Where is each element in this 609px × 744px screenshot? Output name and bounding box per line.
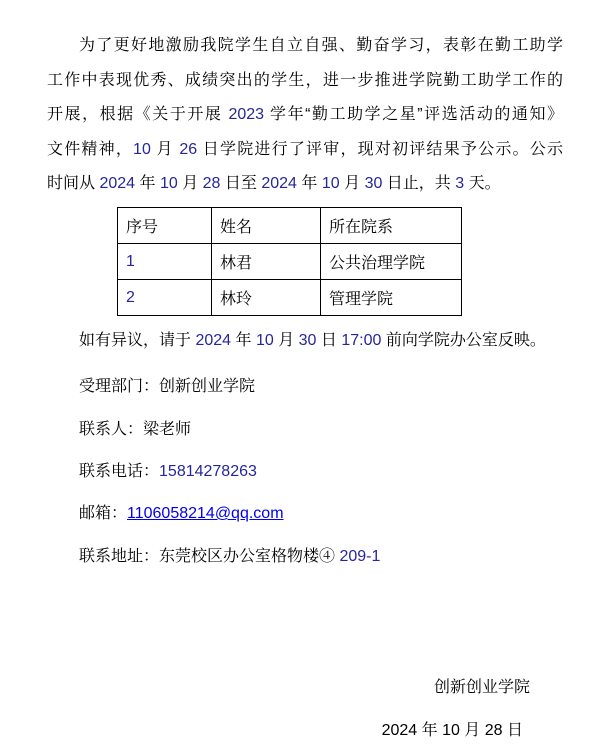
table-header-department: 所在院系 [321,208,462,244]
intro-paragraph: 为了更好地激励我院学生自立自强、勤奋学习，表彰在勤工助学 工作中表现优秀、成绩突… [47,29,563,202]
table-row: 1 林君 公共治理学院 [118,244,462,280]
intro-line: 工作中表现优秀、成绩突出的学生，进一步推进学院勤工助学工作的 [47,64,563,99]
table-cell-department: 管理学院 [321,280,462,316]
announcement-document: { "page": { "background": "#ffffff", "te… [0,0,609,744]
table-cell-department: 公共治理学院 [321,244,462,280]
table-cell-name: 林玲 [212,280,321,316]
table-header-index: 序号 [118,208,212,244]
intro-line: 为了更好地激励我院学生自立自强、勤奋学习，表彰在勤工助学 [47,29,563,64]
signature-department: 创新创业学院 [434,678,530,698]
contact-person-label: 联系人： [79,421,143,438]
table-cell-index: 2 [118,280,212,316]
table-header-name: 姓名 [212,208,321,244]
contact-address-label: 联系地址： [79,548,159,565]
contact-phone-label: 联系电话： [79,463,159,480]
contact-email-label: 邮箱： [79,505,127,522]
contact-line-email: 邮箱：1106058214@qq.com [79,504,284,524]
signature-date: 2024 年 10 月 28 日 [382,721,523,741]
contact-phone-value: 15814278263 [159,463,257,480]
contact-line-address: 联系地址：东莞校区办公室格物楼④ 209-1 [79,547,380,567]
contact-person-value: 梁老师 [143,421,191,438]
table-cell-index: 1 [118,244,212,280]
intro-line: 时间从 2024 年 10 月 28 日至 2024 年 10 月 30 日止，… [47,167,563,202]
intro-line: 开展，根据《关于开展 2023 学年“勤工助学之星”评选活动的通知》 [47,98,563,133]
contact-line-person: 联系人：梁老师 [79,420,191,440]
table-header-row: 序号 姓名 所在院系 [118,208,462,244]
table-row: 2 林玲 管理学院 [118,280,462,316]
contact-line-department: 受理部门：创新创业学院 [79,377,255,397]
contact-department-label: 受理部门： [79,378,159,395]
intro-line: 文件精神，10 月 26 日学院进行了评审，现对初评结果予公示。公示 [47,133,563,168]
results-table: 序号 姓名 所在院系 1 林君 公共治理学院 2 林玲 管理学院 [117,207,462,316]
table-cell-name: 林君 [212,244,321,280]
contact-department-value: 创新创业学院 [159,378,255,395]
objection-text: 如有异议，请于 2024 年 10 月 30 日 17:00 前向学院办公室反映… [79,331,546,351]
contact-line-phone: 联系电话：15814278263 [79,462,257,482]
email-link[interactable]: 1106058214@qq.com [127,505,284,522]
contact-address-value: 东莞校区办公室格物楼④ 209-1 [159,548,380,565]
